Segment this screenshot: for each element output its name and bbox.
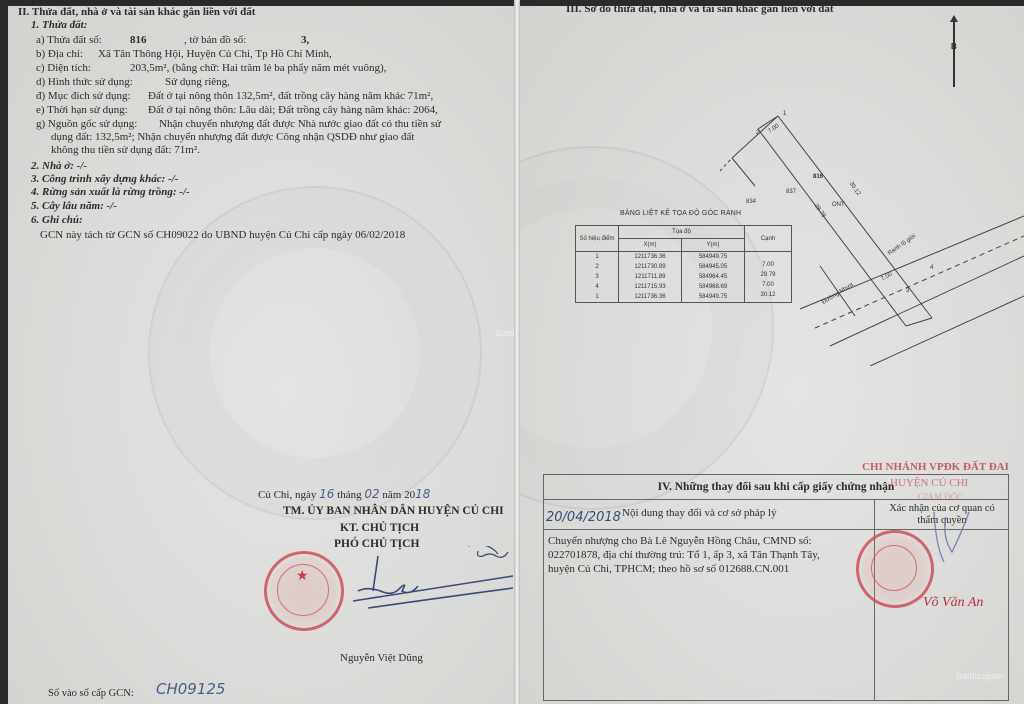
section-title: II. Thửa đất, nhà ở và tài sản khác gắn … [18, 6, 255, 19]
registry-label: Số vào sổ cấp GCN: [48, 687, 134, 700]
usage-origin-line1: Nhận chuyển nhượng đất được Nhà nước gia… [159, 118, 441, 131]
usage-purpose-label: đ) Mục đích sử dụng: [36, 90, 131, 103]
area-value: 203,5m², (bằng chữ: Hai trăm lẻ ba phẩy … [130, 62, 386, 75]
x-cell: 1211730.89 [619, 262, 682, 272]
table-row: 3 1211711.89 584964.45 29.79 [576, 272, 792, 282]
north-arrow-icon [953, 20, 955, 87]
sign-date: Củ Chi, ngày 16 tháng 02 năm 2018 [258, 488, 430, 502]
coordinate-table-title: BẢNG LIỆT KÊ TỌA ĐỘ GÓC RANH [620, 210, 741, 217]
usage-origin-line2: dụng đất: 132,5m²; Nhận chuyển nhượng đấ… [51, 131, 414, 144]
stamp-header-district: HUYỆN CỦ CHI [890, 477, 968, 490]
year-label: năm 20 [382, 489, 415, 501]
table-row: 1 1211736.36 584949.75 30.12 [576, 292, 792, 303]
y-cell: 584964.45 [682, 272, 745, 282]
certificate-left-page: II. Thửa đất, nhà ở và tài sản khác gắn … [8, 6, 514, 704]
change-content-line1: Chuyển nhượng cho Bà Lê Nguyễn Hồng Châu… [548, 535, 812, 548]
corner-2-label: 2 [756, 130, 759, 136]
point-cell: 2 [576, 262, 619, 272]
map-sheet-label: , tờ bản đồ số: [184, 34, 246, 47]
parcel-heading: 1. Thửa đất: [31, 19, 87, 32]
edge-header: Cạnh [745, 226, 792, 252]
sign-day: 16 [319, 487, 334, 501]
perennial-trees-item: 5. Cây lâu năm: -/- [31, 200, 117, 213]
table-row: 4 1211715.93 584968.69 7.00 [576, 282, 792, 292]
y-header: Y(m) [682, 239, 745, 252]
notes-heading: 6. Ghi chú: [31, 214, 83, 227]
registry-value: CH09125 [156, 683, 225, 696]
watermark-text: Batdongsan [956, 671, 1004, 681]
content-column-header: Nội dung thay đổi và cơ sở pháp lý [622, 507, 777, 520]
month-label: tháng [337, 489, 361, 501]
handwritten-signature-icon [338, 546, 514, 616]
parcel-number-label: a) Thửa đất số: [36, 34, 102, 47]
point-cell: 4 [576, 282, 619, 292]
address-label: b) Địa chỉ: [36, 48, 83, 61]
edge-cell: 7.00 [745, 262, 792, 272]
table-row: 2 1211730.89 584945.05 7.00 [576, 262, 792, 272]
corner-4-label: 4 [930, 265, 933, 271]
usage-origin-line3: không thu tiền sử dụng đất: 71m². [51, 144, 200, 157]
approver-name: Võ Văn An [923, 596, 983, 609]
official-seal: ★ [264, 551, 344, 631]
x-header: X(m) [619, 239, 682, 252]
change-date: 20/04/2018 [546, 511, 621, 524]
parcel-number-value: 816 [130, 34, 147, 47]
usage-origin-label: g) Nguồn gốc sử dụng: [36, 118, 137, 131]
coordinate-table: Số hiệu điểm Tọa độ Cạnh X(m) Y(m) 1 121… [575, 225, 792, 303]
star-icon: ★ [296, 568, 309, 585]
neighbor-parcel-837: 837 [786, 189, 796, 195]
changes-table: IV. Những thay đổi sau khi cấp giấy chứn… [543, 474, 1009, 701]
change-content-line3: huyện Củ Chi, TPHCM; theo hồ sơ số 01268… [548, 563, 789, 576]
point-cell: 1 [576, 292, 619, 303]
edge-cell: 29.79 [745, 272, 792, 282]
point-cell: 3 [576, 272, 619, 282]
table-row: 1 1211736.36 584949.75 [576, 252, 792, 263]
x-cell: 1211715.93 [619, 282, 682, 292]
edge-cell: 7.00 [745, 282, 792, 292]
usage-form-label: d) Hình thức sử dụng: [36, 76, 133, 89]
x-cell: 1211736.36 [619, 292, 682, 303]
sign-year: 18 [415, 487, 430, 501]
stamp-header-director: GIÁM ĐỐC [918, 491, 963, 504]
area-label: c) Diện tích: [36, 62, 91, 75]
corner-1-label: 1 [783, 111, 786, 117]
y-cell: 584949.75 [682, 292, 745, 303]
usage-term-value: Đất ở tại nông thôn: Lâu dài; Đất trồng … [148, 104, 438, 117]
production-forest-item: 4. Rừng sản xuất là rừng trồng: -/- [31, 186, 190, 199]
y-cell: 584945.05 [682, 262, 745, 272]
coord-header: Tọa độ [619, 226, 745, 239]
corner-3-label: 3 [906, 288, 909, 294]
sign-month: 02 [364, 487, 379, 501]
stamp-header-office: CHI NHÁNH VPĐK ĐẤT ĐAI [862, 461, 1009, 474]
address-value: Xã Tân Thông Hội, Huyện Củ Chi, Tp Hồ Ch… [98, 48, 332, 61]
changes-title: IV. Những thay đổi sau khi cấp giấy chứn… [658, 481, 895, 493]
map-sheet-value: 3, [301, 34, 309, 47]
notes-value: GCN này tách từ GCN số CH09022 do UBND h… [40, 229, 405, 242]
x-cell: 1211711.89 [619, 272, 682, 282]
house-item: 2. Nhà ở: -/- [31, 160, 87, 173]
usage-term-label: e) Thời hạn sử dụng: [36, 104, 128, 117]
committee-line: TM. ỦY BAN NHÂN DÂN HUYỆN CỦ CHI [283, 505, 504, 518]
point-header: Số hiệu điểm [576, 226, 619, 252]
other-construction-item: 3. Công trình xây dựng khác: -/- [31, 173, 178, 186]
point-cell: 1 [576, 252, 619, 263]
date-prefix: Củ Chi, ngày [258, 489, 316, 501]
y-cell: 584949.75 [682, 252, 745, 263]
usage-form-value: Sử dụng riêng, [165, 76, 230, 89]
section-title: III. Sơ đồ thửa đất, nhà ở và tài sản kh… [566, 6, 834, 16]
x-cell: 1211736.36 [619, 252, 682, 263]
certificate-right-page: III. Sơ đồ thửa đất, nhà ở và tài sản kh… [520, 6, 1024, 704]
watermark-text: Batdongsan [496, 328, 514, 338]
edge-cell [745, 252, 792, 263]
edge-cell: 30.12 [745, 292, 792, 303]
usage-purpose-value: Đất ở tại nông thôn 132,5m², đất trồng c… [148, 90, 433, 103]
approver-signature-icon [924, 507, 984, 567]
neighbor-parcel-834: 834 [746, 199, 756, 205]
y-cell: 584968.69 [682, 282, 745, 292]
change-content-line2: 022701878, địa chỉ thường trú: Tổ 1, ấp … [548, 549, 820, 562]
chairman-line: KT. CHỦ TỊCH [340, 522, 419, 535]
land-type-label: ONT [832, 202, 845, 208]
north-label: B [951, 40, 957, 53]
signer-name: Nguyễn Việt Dũng [340, 652, 423, 665]
north-arrow-head [950, 15, 958, 22]
parcel-number-label: 816 [813, 174, 823, 180]
